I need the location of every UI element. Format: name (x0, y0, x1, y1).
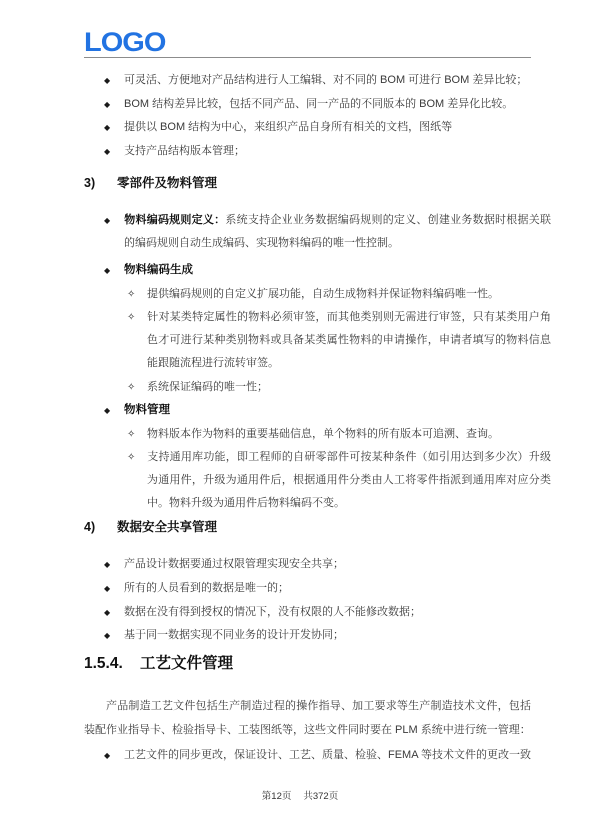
chapter-title: 工艺文件管理 (140, 655, 233, 672)
sub-list-item-text: 针对某类特定属性的物料必须审签，而其他类别则无需进行审签，只有某类用户角色才可进… (147, 311, 551, 369)
sub-list-item-text: 提供编码规则的自定义扩展功能，自动生成物料并保证物料编码唯一性。 (147, 288, 499, 300)
list-item: ◆物料管理 (104, 399, 551, 422)
list-item-text: 基于同一数据实现不同业务的设计开发协同； (124, 629, 344, 641)
list-item-lead: 物料编码规则定义： (124, 214, 225, 226)
sub-list-item-text: 系统保证编码的唯一性； (147, 381, 268, 393)
star-bullet-icon: ✧ (127, 446, 147, 469)
diamond-bullet-icon: ◆ (104, 601, 124, 624)
list-item-text: 数据在没有得到授权的情况下，没有权限的人不能修改数据； (124, 606, 421, 618)
diamond-bullet-icon: ◆ (104, 140, 124, 163)
section-number: 4) (84, 516, 117, 539)
chapter-number: 1.5.4. (84, 652, 140, 676)
diamond-bullet-icon: ◆ (104, 259, 124, 282)
diamond-bullet-icon: ◆ (104, 744, 124, 767)
list-item-text: 所有的人员看到的数据是唯一的； (124, 582, 289, 594)
list-item-title: 物料管理 (124, 404, 170, 416)
page-total: 共372页 (303, 791, 338, 802)
header-divider (84, 57, 531, 58)
star-bullet-icon: ✧ (127, 306, 147, 329)
star-bullet-icon: ✧ (127, 376, 147, 399)
star-bullet-icon: ✧ (127, 283, 147, 306)
list-item: ◆可灵活、方便地对产品结构进行人工编辑、对不同的 BOM 可进行 BOM 差异比… (104, 69, 551, 92)
diamond-bullet-icon: ◆ (104, 209, 124, 232)
section-title: 数据安全共享管理 (117, 520, 217, 534)
list-item: ◆工艺文件的同步更改，保证设计、工艺、质量、检验、FEMA 等技术文件的更改一致 (104, 744, 551, 767)
company-logo: LOGO (84, 30, 165, 56)
sub-list-item: ✧系统保证编码的唯一性； (127, 376, 551, 399)
page-number: 第12页 (262, 791, 292, 802)
list-item-text: 工艺文件的同步更改，保证设计、工艺、质量、检验、FEMA 等技术文件的更改一致 (124, 749, 531, 761)
section-number: 3) (84, 172, 117, 195)
chapter-heading: 1.5.4.工艺文件管理 (84, 652, 233, 676)
list-item: ◆物料编码规则定义：系统支持企业业务数据编码规则的定义、创建业务数据时根据关联的… (104, 209, 551, 255)
body-paragraph: 产品制造工艺文件包括生产制造过程的操作指导、加工要求等生产制造技术文件，包括装配… (84, 694, 531, 742)
diamond-bullet-icon: ◆ (104, 577, 124, 600)
diamond-bullet-icon: ◆ (104, 624, 124, 647)
list-item: ◆数据在没有得到授权的情况下，没有权限的人不能修改数据； (104, 601, 551, 624)
list-item-text: 支持产品结构版本管理； (124, 145, 245, 157)
diamond-bullet-icon: ◆ (104, 69, 124, 92)
list-item: ◆所有的人员看到的数据是唯一的； (104, 577, 551, 600)
section-title: 零部件及物料管理 (117, 176, 217, 190)
page-footer: 第12页共372页 (0, 788, 600, 802)
list-item-text: 提供以 BOM 结构为中心，来组织产品自身所有相关的文档，图纸等 (124, 121, 452, 133)
list-item-text: 产品设计数据要通过权限管理实现安全共享； (124, 558, 344, 570)
list-item: ◆产品设计数据要通过权限管理实现安全共享； (104, 553, 551, 576)
sub-list-item: ✧物料版本作为物料的重要基础信息，单个物料的所有版本可追溯、查询。 (127, 423, 551, 446)
section-heading: 3)零部件及物料管理 (84, 172, 217, 195)
sub-list-item-text: 支持通用库功能，即工程师的自研零部件可按某种条件（如引用达到多少次）升级为通用件… (147, 451, 551, 509)
star-bullet-icon: ✧ (127, 423, 147, 446)
list-item: ◆物料编码生成 (104, 259, 551, 282)
list-item: ◆基于同一数据实现不同业务的设计开发协同； (104, 624, 551, 647)
section-heading: 4)数据安全共享管理 (84, 516, 217, 539)
sub-list-item-text: 物料版本作为物料的重要基础信息，单个物料的所有版本可追溯、查询。 (147, 428, 499, 440)
diamond-bullet-icon: ◆ (104, 116, 124, 139)
list-item-text: 可灵活、方便地对产品结构进行人工编辑、对不同的 BOM 可进行 BOM 差异比较… (124, 74, 527, 86)
diamond-bullet-icon: ◆ (104, 399, 124, 422)
list-item-text: BOM 结构差异比较，包括不同产品、同一产品的不同版本的 BOM 差异化比较。 (124, 98, 513, 110)
list-item: ◆提供以 BOM 结构为中心，来组织产品自身所有相关的文档，图纸等 (104, 116, 551, 139)
diamond-bullet-icon: ◆ (104, 93, 124, 116)
sub-list-item: ✧支持通用库功能，即工程师的自研零部件可按某种条件（如引用达到多少次）升级为通用… (127, 446, 551, 515)
list-item: ◆支持产品结构版本管理； (104, 140, 551, 163)
diamond-bullet-icon: ◆ (104, 553, 124, 576)
sub-list-item: ✧针对某类特定属性的物料必须审签，而其他类别则无需进行审签，只有某类用户角色才可… (127, 306, 551, 375)
list-item-title: 物料编码生成 (124, 264, 193, 276)
sub-list-item: ✧提供编码规则的自定义扩展功能，自动生成物料并保证物料编码唯一性。 (127, 283, 551, 306)
list-item: ◆BOM 结构差异比较，包括不同产品、同一产品的不同版本的 BOM 差异化比较。 (104, 93, 551, 116)
